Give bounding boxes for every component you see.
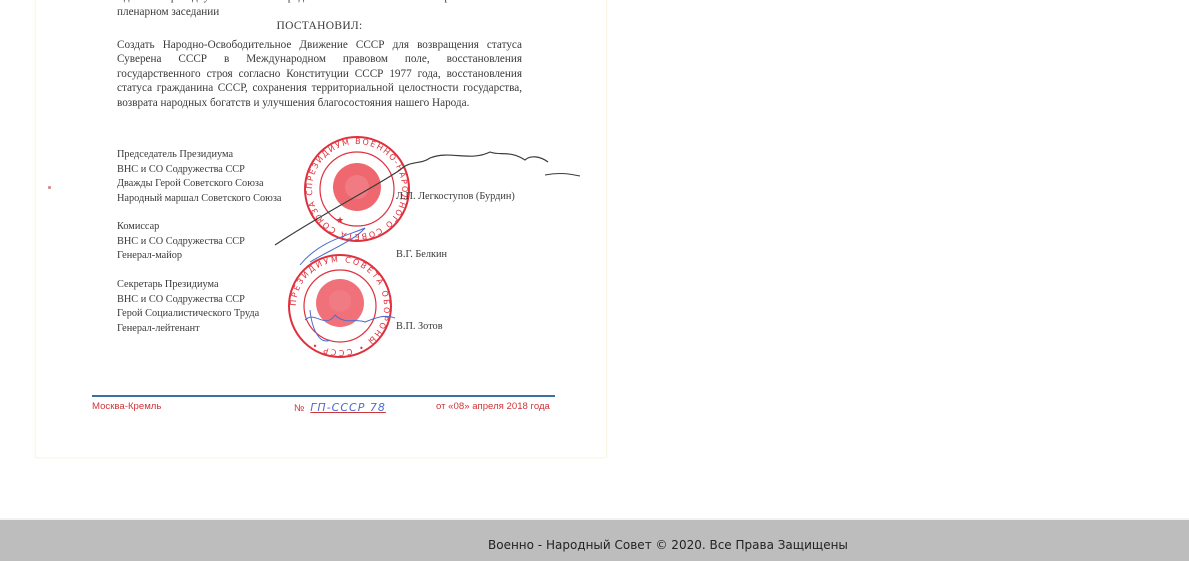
document-cut-line: Единым Президиумом Военно-Народного Сове…: [117, 0, 522, 3]
document-heading: ПОСТАНОВИЛ:: [117, 20, 522, 32]
signatory-1-line: Дважды Герой Советского Союза: [117, 177, 281, 192]
document-date: от «08» апреля 2018 года: [436, 401, 550, 412]
signatory-2-line: ВНС и СО Содружества ССР: [117, 235, 245, 250]
signatory-1-title: Председатель Президиума ВНС и СО Содруже…: [117, 148, 281, 206]
signatory-1-line: Народный маршал Советского Союза: [117, 192, 281, 207]
stamp-presidium-so: ПРЕЗИДИУМ СОВЕТА ОБОРОНЫ • СССР •: [287, 253, 393, 359]
document-number: №ГП-СССР 78: [294, 401, 386, 414]
svg-text:★: ★: [336, 215, 344, 225]
signatory-3-line: ВНС и СО Содружества ССР: [117, 293, 259, 308]
signatory-1-line: Председатель Президиума: [117, 148, 281, 163]
document-place: Москва-Кремль: [92, 401, 161, 412]
site-footer: Военно - Народный Совет © 2020. Все Прав…: [0, 518, 1189, 561]
signatory-1-line: ВНС и СО Содружества ССР: [117, 163, 281, 178]
signatory-2-name: В.Г. Белкин: [396, 249, 447, 260]
signatory-3-line: Секретарь Президиума: [117, 278, 259, 293]
document-body: Создать Народно-Освободительное Движение…: [117, 38, 522, 110]
signatory-3-line: Герой Социалистического Труда: [117, 307, 259, 322]
signatory-2-line: Генерал-майор: [117, 249, 245, 264]
signatory-2-line: Комиссар: [117, 220, 245, 235]
signatory-3-name: В.П. Зотов: [396, 321, 443, 332]
document-number-value: ГП-СССР 78: [310, 401, 386, 414]
document-intro-tail: пленарном заседании: [117, 5, 522, 19]
scan-speck: [48, 186, 51, 189]
signatory-3-line: Генерал-лейтенант: [117, 322, 259, 337]
signatory-3-title: Секретарь Президиума ВНС и СО Содружеств…: [117, 278, 259, 336]
signatory-2-title: Комиссар ВНС и СО Содружества ССР Генера…: [117, 220, 245, 264]
document-number-prefix: №: [294, 403, 304, 414]
signatory-1-name: Л.П. Легкоступов (Бурдин): [396, 191, 515, 202]
copyright-text: Военно - Народный Совет © 2020. Все Прав…: [488, 538, 848, 552]
stamp-presidium-vns: ПРЕЗИДИУМ ВОЕННО-НАРОДНОГО СОВЕТА СОЮЗА …: [303, 135, 411, 243]
document-footer-rule: [92, 395, 555, 397]
